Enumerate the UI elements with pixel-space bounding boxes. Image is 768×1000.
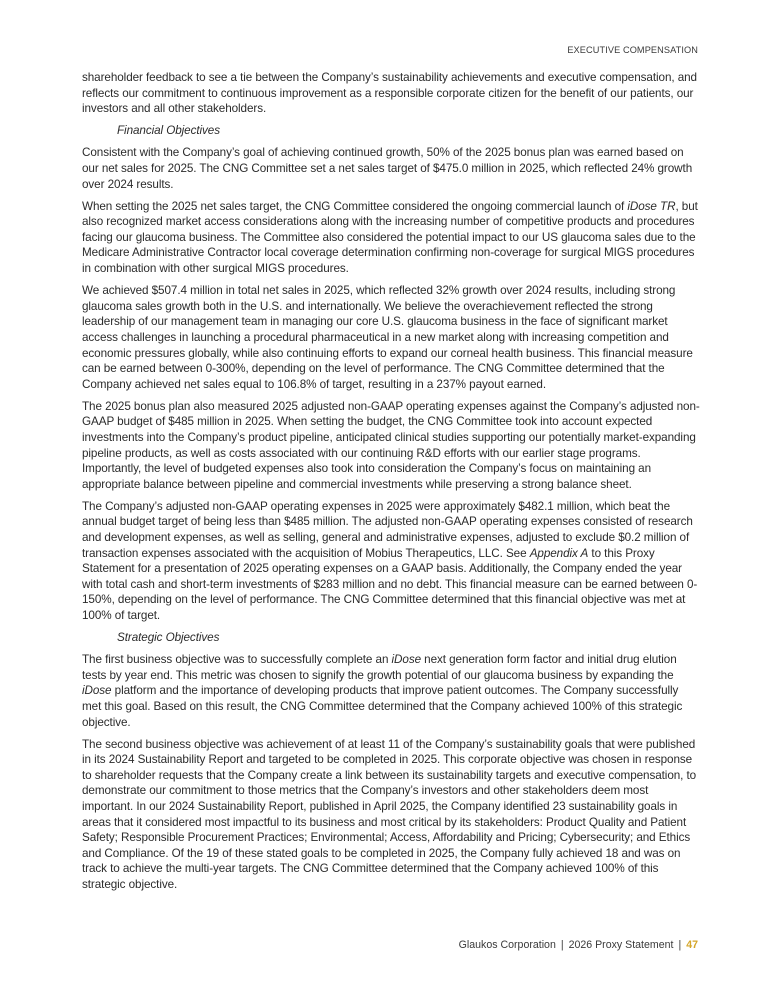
- text-run: When setting the 2025 net sales target, …: [82, 200, 627, 213]
- footer-separator: |: [556, 939, 569, 951]
- page-number: 47: [686, 939, 698, 951]
- paragraph-sustainability-feedback: shareholder feedback to see a tie betwee…: [82, 70, 700, 117]
- paragraph-net-sales-achieved: We achieved $507.4 million in total net …: [82, 283, 700, 392]
- product-name-idose: iDose: [392, 653, 421, 666]
- appendix-reference: Appendix A: [530, 547, 589, 560]
- footer-separator: |: [673, 939, 686, 951]
- subheading-strategic-objectives: Strategic Objectives: [82, 630, 700, 646]
- product-name-idose: iDose: [82, 684, 111, 697]
- paragraph-first-business-objective: The first business objective was to succ…: [82, 652, 700, 730]
- page-footer: Glaukos Corporation|2026 Proxy Statement…: [459, 939, 698, 951]
- product-name-idose-tr: iDose TR: [627, 200, 675, 213]
- running-header-section-title: EXECUTIVE COMPENSATION: [567, 45, 698, 55]
- paragraph-operating-expense-budget: The 2025 bonus plan also measured 2025 a…: [82, 399, 700, 493]
- paragraph-net-sales-target: Consistent with the Company’s goal of ac…: [82, 145, 700, 192]
- paragraph-operating-expense-result: The Company’s adjusted non-GAAP operatin…: [82, 499, 700, 624]
- document-body: shareholder feedback to see a tie betwee…: [82, 70, 700, 899]
- subheading-financial-objectives: Financial Objectives: [82, 123, 700, 139]
- paragraph-second-business-objective: The second business objective was achiev…: [82, 737, 700, 893]
- paragraph-setting-target: When setting the 2025 net sales target, …: [82, 199, 700, 277]
- footer-document-title: 2026 Proxy Statement: [569, 939, 674, 951]
- footer-company-name: Glaukos Corporation: [459, 939, 556, 951]
- text-run: platform and the importance of developin…: [82, 684, 682, 728]
- text-run: The first business objective was to succ…: [82, 653, 392, 666]
